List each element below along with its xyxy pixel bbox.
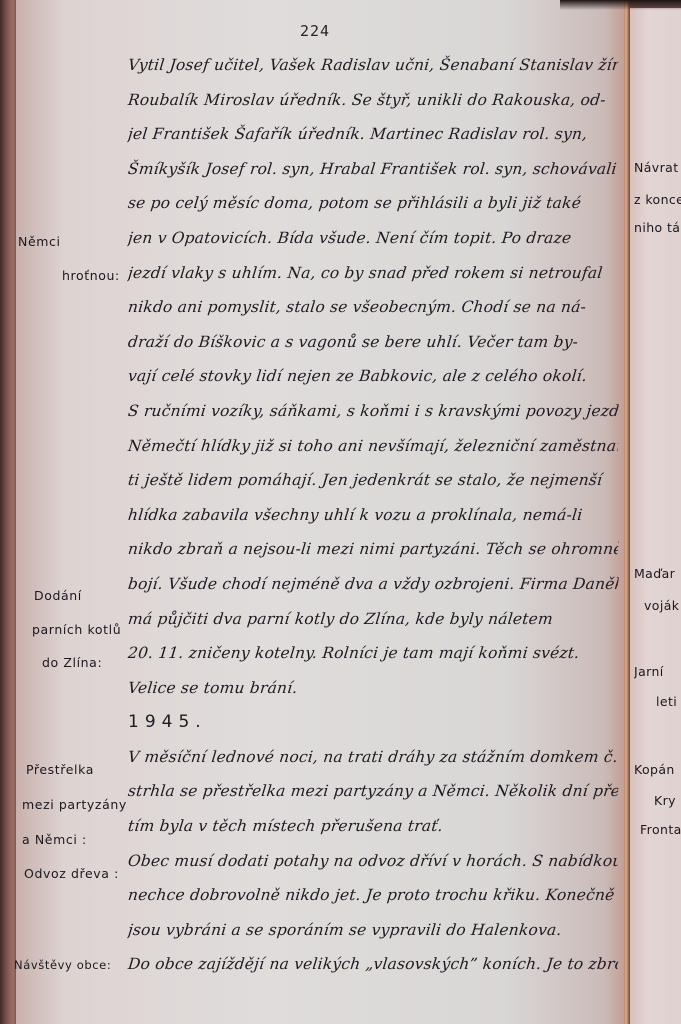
margin-note-parnich-kotlu: parních kotlů bbox=[32, 622, 144, 637]
text-line: Němečtí hlídky již si toho ani nevšímají… bbox=[126, 429, 620, 464]
margin-note-mezi-partyzany: mezi partyzány bbox=[22, 797, 134, 812]
text-line: jsou vybráni a se sporáním se vypravili … bbox=[126, 913, 620, 948]
text-line: bojí. Všude chodí nejméně dva a vždy ozb… bbox=[126, 567, 620, 602]
margin-note-a-nemci: a Němci : bbox=[22, 832, 134, 847]
text-line: nechce dobrovolně nikdo jet. Je proto tr… bbox=[126, 878, 620, 913]
text-line: tím byla v těch místech přerušena trať. bbox=[126, 809, 620, 844]
text-line: jen v Opatovicích. Bída všude. Není čím … bbox=[126, 221, 620, 256]
right-note-jarni: Jarní bbox=[634, 664, 681, 679]
text-line: ti ještě lidem pomáhají. Jen jedenkrát s… bbox=[126, 463, 620, 498]
right-note-leti: leti bbox=[656, 694, 681, 709]
text-line: nikdo zbraň a nejsou-li mezi nimi partyz… bbox=[126, 532, 620, 567]
right-note-navrat: Návrat bbox=[634, 160, 681, 175]
margin-note-odvoz-dreva: Odvoz dřeva : bbox=[24, 866, 136, 881]
text-line: hlídka zabavila všechny uhlí k vozu a pr… bbox=[126, 498, 620, 533]
text-line: se po celý měsíc doma, potom se přihlási… bbox=[126, 186, 620, 221]
text-line: Do obce zajíždějí na velikých „vlasovský… bbox=[126, 947, 620, 982]
text-line: má půjčiti dva parní kotly do Zlína, kde… bbox=[126, 602, 620, 637]
right-note-vojak: voják bbox=[644, 598, 681, 613]
right-note-madar: Maďar bbox=[634, 566, 681, 581]
text-line: Roubalík Miroslav úředník. Se štyř, unik… bbox=[126, 83, 620, 118]
year-heading: 1945. bbox=[128, 705, 618, 740]
margin-note-dodani: Dodání bbox=[34, 588, 146, 603]
text-line: Šmíkyšík Josef rol. syn, Hrabal Františe… bbox=[126, 152, 620, 187]
text-line: Vytil Josef učitel, Vašek Radislav učni,… bbox=[126, 48, 620, 83]
handwritten-body: Vytil Josef učitel, Vašek Radislav učni,… bbox=[128, 48, 618, 982]
text-line: S ručními vozíky, sáňkami, s koňmi i s k… bbox=[126, 394, 620, 429]
text-line: jezdí vlaky s uhlím. Na, co by snad před… bbox=[126, 256, 620, 291]
text-line: draží do Bíškovic a s vagonů se bere uhl… bbox=[126, 325, 620, 360]
page-number: 224 bbox=[300, 22, 330, 40]
margin-note-hrotnou: hroťnou: bbox=[62, 268, 174, 283]
text-line: vají celé stovky lidí nejen ze Babkovic,… bbox=[126, 359, 620, 394]
right-note-niho-ta: niho tá bbox=[634, 220, 681, 235]
right-note-fronta: Fronta bbox=[640, 822, 681, 837]
margin-note-prestrelka: Přestřelka bbox=[26, 762, 138, 777]
text-line: strhla se přestřelka mezi partyzány a Ně… bbox=[126, 774, 620, 809]
margin-note-nemci: Němci bbox=[18, 234, 130, 249]
text-line: jel František Šafařík úředník. Martinec … bbox=[126, 117, 620, 152]
right-note-kopan: Kopán bbox=[634, 762, 681, 777]
text-line: V měsíční lednové noci, na trati dráhy z… bbox=[126, 740, 620, 775]
text-line: 20. 11. zničeny kotelny. Rolníci je tam … bbox=[126, 636, 620, 671]
top-shadow bbox=[560, 0, 681, 10]
right-note-z-koncen: z koncen bbox=[634, 192, 681, 207]
text-line: Obec musí dodati potahy na odvoz dříví v… bbox=[126, 844, 620, 879]
text-line: nikdo ani pomyslit, stalo se všeobecným.… bbox=[126, 290, 620, 325]
right-note-kry: Kry bbox=[654, 793, 681, 808]
text-line: Velice se tomu brání. bbox=[126, 671, 620, 706]
margin-note-navstevy-obce: Návštěvy obce: bbox=[14, 958, 126, 972]
margin-note-do-zlina: do Zlína: bbox=[42, 655, 154, 670]
